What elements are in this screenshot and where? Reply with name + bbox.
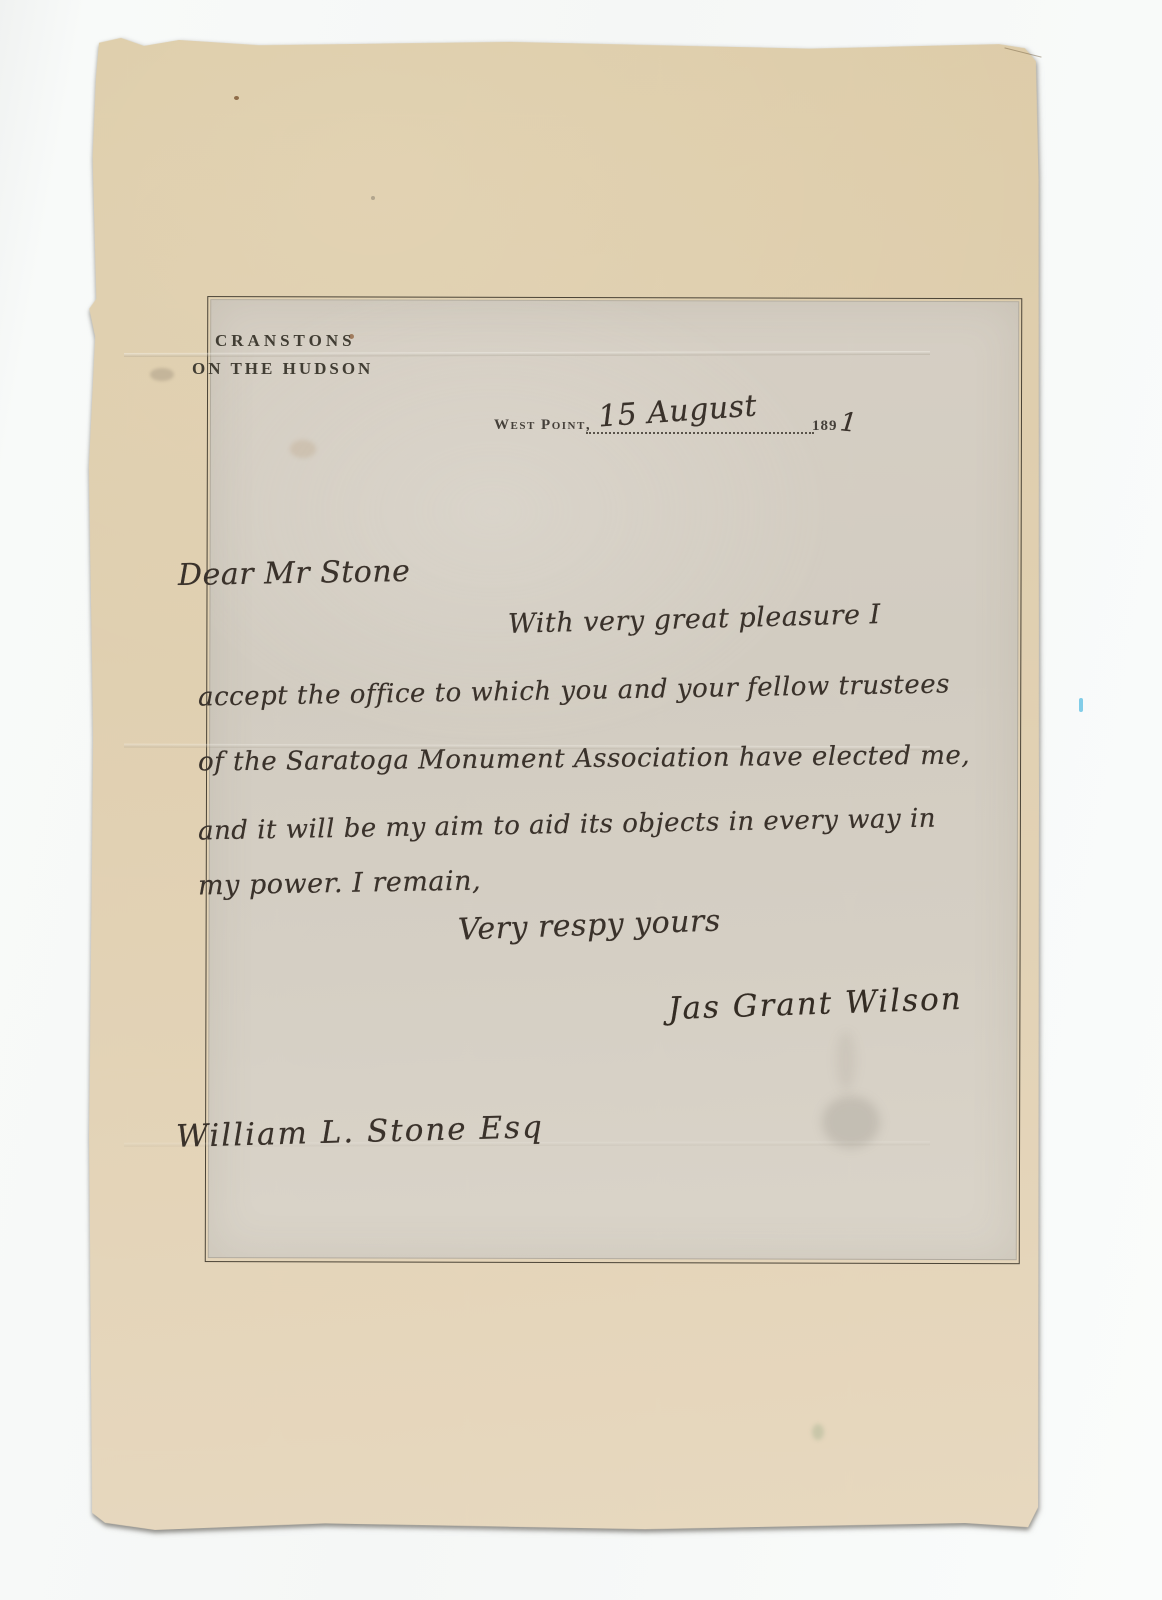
dateline-place-label: West Point, [494, 417, 591, 434]
album-paper [85, 37, 1042, 1532]
letterhead-line2: ON THE HUDSON [192, 359, 373, 379]
scanned-letter-page: CRANSTONS ON THE HUDSON West Point, 189 … [0, 0, 1162, 1600]
dateline-year-printed: 189 [812, 418, 838, 435]
cyan-mark [1079, 698, 1083, 712]
salutation: Dear Mr Stone [178, 554, 411, 593]
body-line-5: my power. I remain, [198, 866, 482, 902]
letterhead-line1: CRANSTONS [215, 331, 356, 351]
album-paper-surface [85, 37, 1042, 1532]
handwritten-year-digit: 1 [838, 407, 858, 439]
